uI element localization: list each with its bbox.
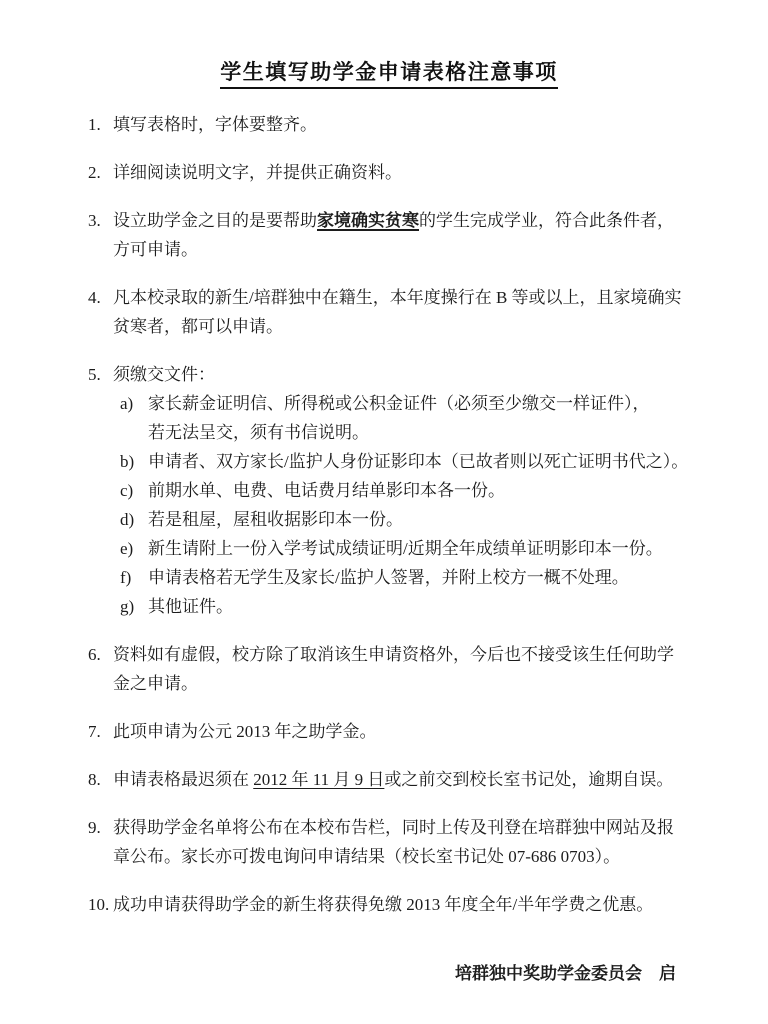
sub-item-letter: e)	[120, 534, 133, 563]
sub-item-f: f) 申请表格若无学生及家长/监护人签署，并附上校方一概不处理。	[120, 563, 690, 592]
item-number: 5.	[88, 360, 101, 389]
sub-item-a: a) 家长薪金证明信、所得税或公积金证件（必须至少缴交一样证件）， 若无法呈交，…	[120, 389, 690, 447]
item-text: 申请表格最迟须在 2012 年 11 月 9 日或之前交到校长室书记处，逾期自误…	[113, 770, 673, 789]
item-number: 7.	[88, 717, 101, 746]
sub-item-text: 申请表格若无学生及家长/监护人签署，并附上校方一概不处理。	[148, 568, 629, 587]
page-title: 学生填写助学金申请表格注意事项	[88, 56, 690, 89]
item-text-pre: 设立助学金之目的是要帮助	[113, 211, 317, 230]
list-item-8: 8. 申请表格最迟须在 2012 年 11 月 9 日或之前交到校长室书记处，逾…	[88, 765, 690, 794]
sub-item-letter: g)	[120, 592, 134, 621]
item-text: 资料如有虚假，校方除了取消该生申请资格外，今后也不接受该生任何助学金之申请。	[113, 645, 674, 693]
sub-item-text: 若是租屋，屋租收据影印本一份。	[148, 510, 403, 529]
list-item-6: 6. 资料如有虚假，校方除了取消该生申请资格外，今后也不接受该生任何助学金之申请…	[88, 640, 690, 698]
item-number: 1.	[88, 110, 101, 139]
item-number: 6.	[88, 640, 101, 669]
deadline-date-underlined: 2012 年 11 月 9 日	[253, 770, 384, 789]
document-page: 学生填写助学金申请表格注意事项 1. 填写表格时，字体要整齐。 2. 详细阅读说…	[0, 0, 768, 1024]
item-text: 详细阅读说明文字，并提供正确资料。	[113, 163, 402, 182]
notes-list: 1. 填写表格时，字体要整齐。 2. 详细阅读说明文字，并提供正确资料。 3. …	[88, 110, 690, 919]
item-number: 3.	[88, 206, 101, 235]
sub-item-text: 新生请附上一份入学考试成绩证明/近期全年成绩单证明影印本一份。	[148, 539, 663, 558]
item-number: 9.	[88, 813, 101, 842]
item-text-pre: 申请表格最迟须在	[113, 770, 253, 789]
sub-item-letter: b)	[120, 447, 134, 476]
sub-item-letter: d)	[120, 505, 134, 534]
sub-item-text: 其他证件。	[148, 597, 233, 616]
item-text: 获得助学金名单将公布在本校布告栏，同时上传及刊登在培群独中网站及报章公布。家长亦…	[113, 818, 674, 866]
list-item-2: 2. 详细阅读说明文字，并提供正确资料。	[88, 158, 690, 187]
page-title-text: 学生填写助学金申请表格注意事项	[220, 56, 558, 89]
sub-item-letter: c)	[120, 476, 133, 505]
item-number: 2.	[88, 158, 101, 187]
item-text-post: 或之前交到校长室书记处，逾期自误。	[384, 770, 673, 789]
documents-sublist: a) 家长薪金证明信、所得税或公积金证件（必须至少缴交一样证件）， 若无法呈交，…	[120, 389, 690, 621]
sub-item-line-1: 家长薪金证明信、所得税或公积金证件（必须至少缴交一样证件），	[148, 389, 690, 418]
sub-item-b: b) 申请者、双方家长/监护人身份证影印本（已故者则以死亡证明书代之）。	[120, 447, 690, 476]
list-item-9: 9. 获得助学金名单将公布在本校布告栏，同时上传及刊登在培群独中网站及报章公布。…	[88, 813, 690, 871]
sub-item-e: e) 新生请附上一份入学考试成绩证明/近期全年成绩单证明影印本一份。	[120, 534, 690, 563]
item-number: 8.	[88, 765, 101, 794]
item-text: 此项申请为公元 2013 年之助学金。	[113, 722, 377, 741]
list-item-4: 4. 凡本校录取的新生/培群独中在籍生，本年度操行在 B 等或以上，且家境确实贫…	[88, 283, 690, 341]
sub-item-text: 家长薪金证明信、所得税或公积金证件（必须至少缴交一样证件）， 若无法呈交，须有书…	[148, 389, 690, 447]
sub-item-letter: a)	[120, 389, 133, 418]
emphasis-poor-family: 家境确实贫寒	[317, 211, 419, 230]
list-item-7: 7. 此项申请为公元 2013 年之助学金。	[88, 717, 690, 746]
item-number: 4.	[88, 283, 101, 312]
item-text: 须缴交文件：	[113, 365, 215, 384]
sub-item-letter: f)	[120, 563, 131, 592]
sub-item-line-2: 若无法呈交，须有书信说明。	[148, 418, 690, 447]
sub-item-c: c) 前期水单、电费、电话费月结单影印本各一份。	[120, 476, 690, 505]
sub-item-g: g) 其他证件。	[120, 592, 690, 621]
item-text: 设立助学金之目的是要帮助家境确实贫寒的学生完成学业，符合此条件者，方可申请。	[113, 211, 674, 259]
item-text: 凡本校录取的新生/培群独中在籍生，本年度操行在 B 等或以上，且家境确实贫寒者，…	[113, 288, 682, 336]
list-item-10: 10. 成功申请获得助学金的新生将获得免缴 2013 年度全年/半年学费之优惠。	[88, 890, 690, 919]
sub-item-text: 申请者、双方家长/监护人身份证影印本（已故者则以死亡证明书代之）。	[148, 452, 688, 471]
sub-item-text: 前期水单、电费、电话费月结单影印本各一份。	[148, 481, 505, 500]
item-text: 成功申请获得助学金的新生将获得免缴 2013 年度全年/半年学费之优惠。	[113, 895, 653, 914]
committee-signature: 培群独中奖助学金委员会 启	[88, 959, 690, 988]
item-number: 10.	[88, 890, 109, 919]
list-item-5: 5. 须缴交文件： a) 家长薪金证明信、所得税或公积金证件（必须至少缴交一样证…	[88, 360, 690, 621]
item-text: 填写表格时，字体要整齐。	[113, 115, 317, 134]
list-item-3: 3. 设立助学金之目的是要帮助家境确实贫寒的学生完成学业，符合此条件者，方可申请…	[88, 206, 690, 264]
list-item-1: 1. 填写表格时，字体要整齐。	[88, 110, 690, 139]
sub-item-d: d) 若是租屋，屋租收据影印本一份。	[120, 505, 690, 534]
